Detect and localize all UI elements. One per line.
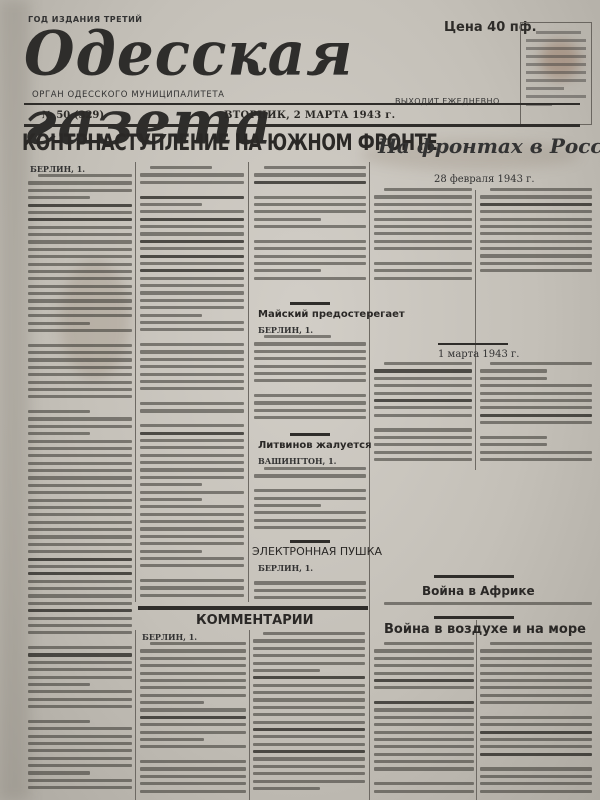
air-sea-col2 [480, 642, 592, 800]
russia-section-headline: На фронтах в России [378, 134, 600, 158]
commentary-dateline: БЕРЛИН, 1. [142, 632, 197, 642]
feb28-col1 [374, 188, 472, 286]
separator [290, 302, 330, 305]
column-divider [135, 630, 136, 800]
dateline-maisky: БЕРЛИН, 1. [258, 325, 313, 335]
article-headline-electron-gun: ЭЛЕКТРОННАЯ ПУШКА [252, 545, 382, 558]
mar1-col2 [480, 362, 592, 472]
article-text-maisky [254, 335, 366, 425]
commentary-rule [138, 606, 368, 610]
air-sea-headline: Война в воздухе и на море [384, 622, 586, 637]
article-headline-maisky: Майский предостерегает [258, 309, 405, 320]
column-divider [249, 630, 250, 800]
lead-article-col2 [140, 166, 244, 606]
africa-text [374, 602, 592, 614]
main-headline: КОНТРНАСТУПЛЕНИЕ НА ЮЖНОМ ФРОНТЕ [22, 131, 437, 156]
column-divider [369, 162, 370, 800]
masthead-rule [24, 103, 580, 105]
commentary-col1 [140, 642, 246, 800]
sidebar-lead-text [254, 166, 366, 291]
column-divider [135, 162, 136, 602]
article-text-electron-gun [254, 574, 366, 604]
mar1-col1 [374, 362, 472, 472]
separator [434, 575, 514, 578]
lead-article-col1 [28, 174, 132, 800]
commentary-col2 [253, 632, 365, 800]
date-feb-28: 28 февраля 1943 г. [434, 174, 535, 185]
column-divider [475, 190, 476, 470]
article-text-litvinov [254, 467, 366, 537]
air-sea-col1 [374, 642, 474, 800]
commentary-headline: КОММЕНТАРИИ [196, 613, 314, 628]
feb28-col2 [480, 188, 592, 286]
newspaper-page: ГОД ИЗДАНИЯ ТРЕТИЙ Одесская газета Цена … [0, 0, 600, 800]
date-mar-1: 1 марта 1943 г. [438, 349, 519, 360]
organ-subtitle: ОРГАН ОДЕССКОГО МУНИЦИПАЛИТЕТА [32, 90, 225, 100]
column-divider [476, 620, 477, 800]
masthead-rule-bottom [24, 124, 580, 127]
issue-number: № 50 (329) [42, 110, 104, 121]
dateline-electron-gun: БЕРЛИН, 1. [258, 563, 313, 573]
article-headline-litvinov: Литвинов жалуется [258, 440, 372, 451]
issue-date: ВТОРНИК, 2 МАРТА 1943 г. [224, 110, 395, 121]
dateline-litvinov: ВАШИНГТОН, 1. [258, 456, 336, 466]
separator [290, 540, 330, 543]
separator [290, 433, 330, 436]
separator [434, 616, 514, 619]
lead-dateline: БЕРЛИН, 1. [30, 164, 85, 174]
africa-headline: Война в Африке [422, 584, 535, 598]
separator [438, 343, 508, 345]
publisher-info-box [520, 22, 592, 125]
column-divider [248, 162, 249, 602]
